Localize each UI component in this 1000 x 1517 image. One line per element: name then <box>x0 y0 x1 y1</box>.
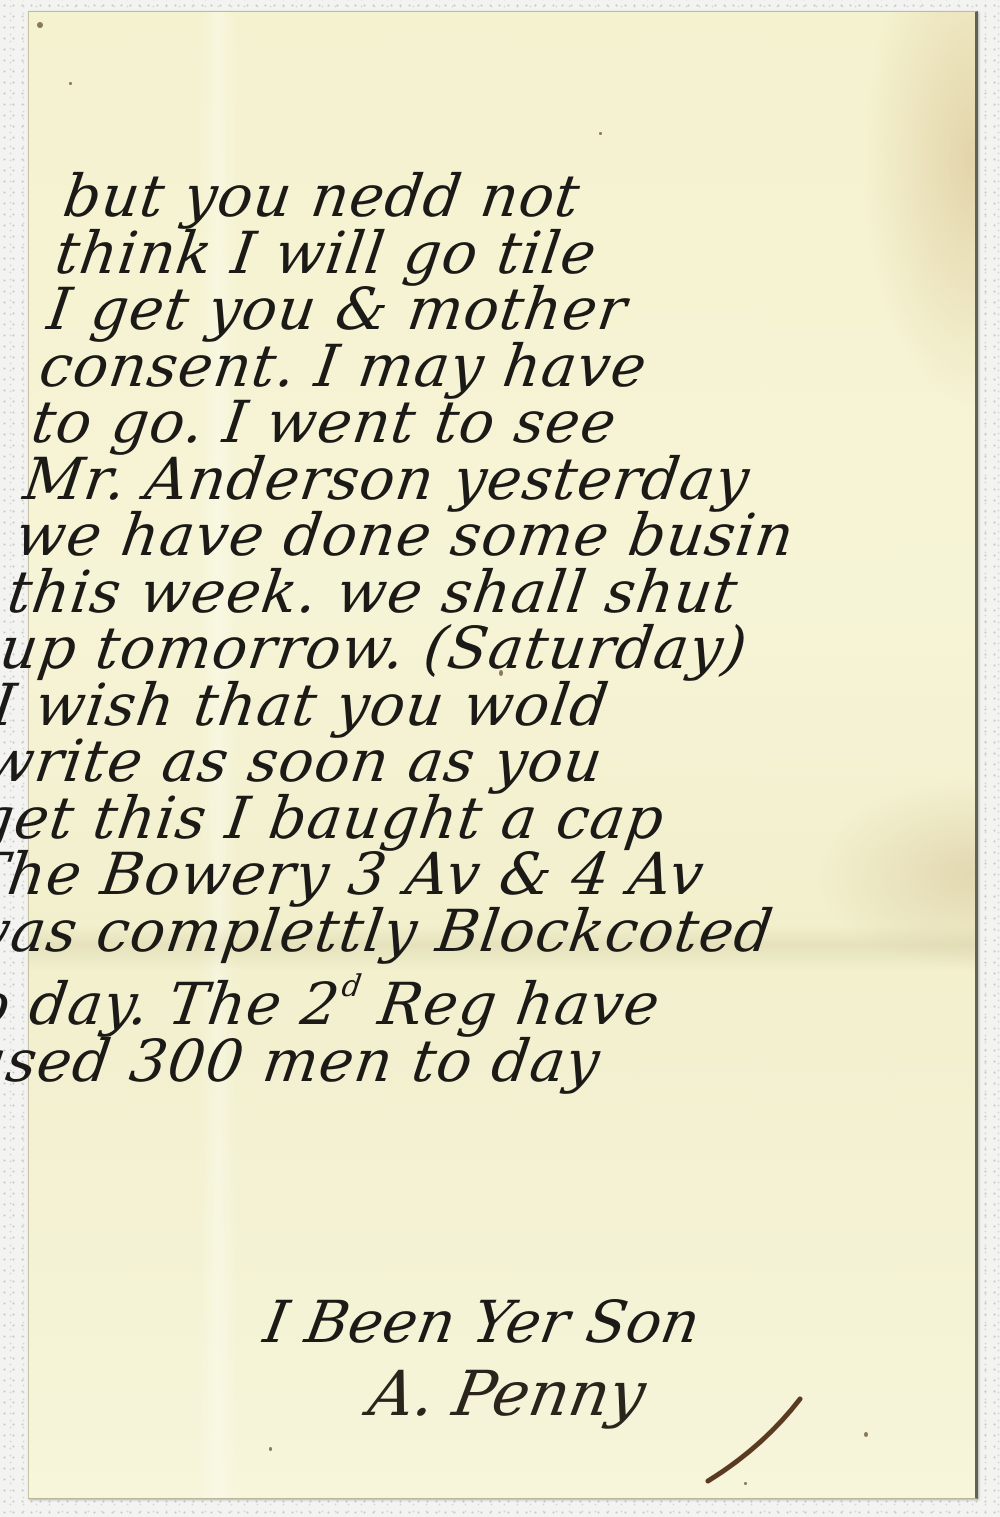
letter-line: rased 300 men to day <box>0 1033 827 1090</box>
letter-line: The Bowery 3 Av & 4 Av <box>0 846 853 903</box>
letter-line: to go. I went to see <box>28 394 916 451</box>
letter-line: was complettly Blockcoted <box>0 903 845 960</box>
letter-line: we have done some busin <box>12 507 900 564</box>
ink-speck <box>37 22 43 28</box>
letter-signature: A. Penny <box>364 1357 652 1430</box>
letter-line: I wish that you wold <box>0 677 877 734</box>
ink-speck <box>864 1432 868 1437</box>
signature-flourish-icon <box>700 1395 810 1485</box>
ink-speck <box>599 132 602 135</box>
letter-line: write as soon as you <box>0 733 869 790</box>
letter-line: this week. we shall shut <box>4 564 892 621</box>
letter-line: think I will go tile <box>52 225 940 282</box>
letter-line: to day. The 2d Reg have <box>0 959 837 1033</box>
ink-speck <box>269 1447 272 1451</box>
letter-line: Mr. Anderson yesterday <box>20 451 908 508</box>
letter-line: consent. I may have <box>36 338 924 395</box>
letter-line: up tomorrow. (Saturday) <box>0 620 884 677</box>
letter-line: but you nedd not <box>60 168 948 225</box>
letter-closing: I Been Yer Son <box>259 1288 705 1356</box>
letter-line: get this I baught a cap <box>0 790 861 847</box>
ink-speck <box>69 82 72 85</box>
letter-line: I get you & mother <box>44 281 932 338</box>
letter-body: but you nedd not think I will go tile I … <box>0 168 948 1089</box>
